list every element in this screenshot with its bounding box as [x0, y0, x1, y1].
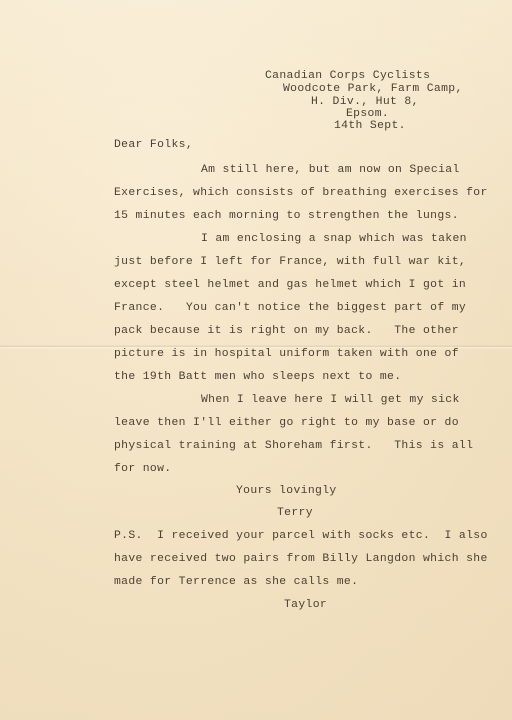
letter-date: 14th Sept.	[334, 119, 406, 133]
body-line: physical training at Shoreham first. Thi…	[114, 439, 473, 453]
address-line-1: Canadian Corps Cyclists	[265, 69, 430, 83]
postscript-line: have received two pairs from Billy Langd…	[114, 552, 488, 566]
surname: Taylor	[284, 598, 327, 612]
body-line: Am still here, but am now on Special	[201, 163, 460, 177]
body-line: for now.	[114, 462, 171, 476]
address-line-2: Woodcote Park, Farm Camp,	[283, 82, 463, 96]
body-line: When I leave here I will get my sick	[201, 393, 460, 407]
postscript-line: P.S. I received your parcel with socks e…	[114, 529, 488, 543]
body-line: pack because it is right on my back. The…	[114, 324, 459, 338]
letter-page: Canadian Corps Cyclists Woodcote Park, F…	[0, 0, 512, 720]
body-line: picture is in hospital uniform taken wit…	[114, 347, 459, 361]
postscript-line: made for Terrence as she calls me.	[114, 575, 358, 589]
body-line: leave then I'll either go right to my ba…	[114, 416, 459, 430]
salutation: Dear Folks,	[114, 138, 193, 152]
body-line: France. You can't notice the biggest par…	[114, 301, 466, 315]
body-line: the 19th Batt men who sleeps next to me.	[114, 370, 401, 384]
body-line: except steel helmet and gas helmet which…	[114, 278, 466, 292]
body-line: just before I left for France, with full…	[114, 255, 466, 269]
body-line: 15 minutes each morning to strengthen th…	[114, 209, 459, 223]
body-line: I am enclosing a snap which was taken	[201, 232, 467, 246]
signature: Terry	[277, 506, 313, 520]
closing: Yours lovingly	[236, 484, 337, 498]
body-line: Exercises, which consists of breathing e…	[114, 186, 488, 200]
